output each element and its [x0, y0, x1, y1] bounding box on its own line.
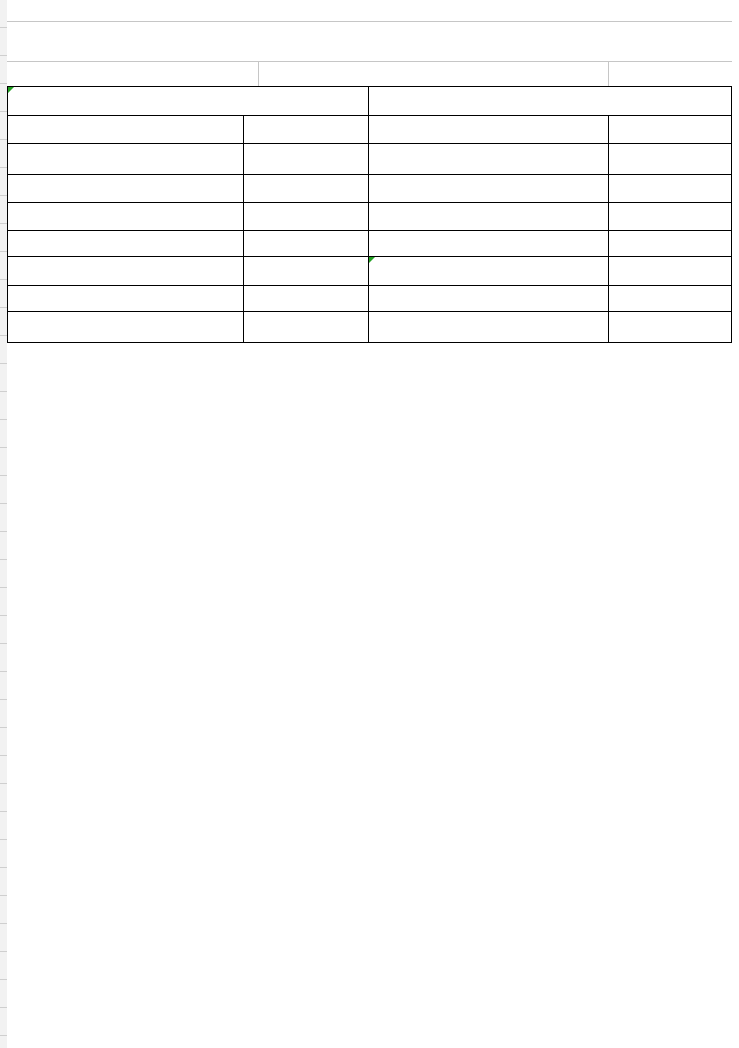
faint-gridline: [258, 62, 259, 86]
corner-note-band: [7, 0, 732, 22]
cell-flag-triangle-icon: [8, 87, 14, 93]
blank-cell[interactable]: [8, 257, 244, 286]
blank-cell[interactable]: [609, 231, 732, 257]
title-band: [7, 22, 732, 61]
sheet-edge-gridline-strip: [0, 0, 7, 1048]
income-section-header-cell[interactable]: [8, 87, 369, 116]
blank-cell[interactable]: [369, 286, 609, 312]
section-header-row: [8, 87, 732, 116]
income-subtotal-value-cell[interactable]: [244, 144, 369, 175]
carryover-in-label-cell[interactable]: [8, 203, 244, 231]
carryover-row: [8, 203, 732, 231]
income-subtotal-label-cell[interactable]: [8, 144, 244, 175]
income-budget-column-header-cell[interactable]: [244, 116, 369, 144]
cell-flag-triangle-icon: [369, 257, 375, 263]
budget-summary-table: [7, 86, 732, 343]
faint-gridline: [608, 62, 609, 86]
blank-cell[interactable]: [609, 286, 732, 312]
subtotal-row: [8, 144, 732, 175]
expense-total-value-cell[interactable]: [609, 312, 732, 343]
blank-cell[interactable]: [8, 231, 244, 257]
income-total-label-cell[interactable]: [8, 312, 244, 343]
income-item-column-header-cell[interactable]: [8, 116, 244, 144]
total-row: [8, 312, 732, 343]
blank-cell[interactable]: [8, 286, 244, 312]
carryover-out-label-cell[interactable]: [369, 203, 609, 231]
blank-cell[interactable]: [369, 175, 609, 203]
expense-subtotal-label-cell[interactable]: [369, 144, 609, 175]
expense-section-header-cell[interactable]: [369, 87, 732, 116]
expense-subtotal-value-cell[interactable]: [609, 144, 732, 175]
blank-row: [8, 231, 732, 257]
expense-total-label-cell[interactable]: [369, 312, 609, 343]
spreadsheet-view: { "corner_note": "部门公开表6", "title": "202…: [0, 0, 739, 1048]
blank-row: [8, 286, 732, 312]
blank-cell[interactable]: [369, 231, 609, 257]
income-total-value-cell[interactable]: [244, 312, 369, 343]
blank-row: [8, 175, 732, 203]
blank-cell[interactable]: [609, 175, 732, 203]
blank-cell[interactable]: [244, 286, 369, 312]
column-header-row: [8, 116, 732, 144]
blank-row: [8, 257, 732, 286]
expense-item-column-header-cell[interactable]: [369, 116, 609, 144]
blank-cell[interactable]: [244, 231, 369, 257]
sheet-content: [7, 0, 732, 343]
unit-band: [7, 61, 732, 86]
blank-cell[interactable]: [369, 257, 609, 286]
carryover-out-value-cell[interactable]: [609, 203, 732, 231]
blank-cell[interactable]: [244, 175, 369, 203]
blank-cell[interactable]: [609, 257, 732, 286]
summary-rows: [8, 144, 732, 343]
header-rows: [8, 87, 732, 144]
carryover-in-value-cell[interactable]: [244, 203, 369, 231]
expense-budget-column-header-cell[interactable]: [609, 116, 732, 144]
blank-cell[interactable]: [244, 257, 369, 286]
blank-cell[interactable]: [8, 175, 244, 203]
